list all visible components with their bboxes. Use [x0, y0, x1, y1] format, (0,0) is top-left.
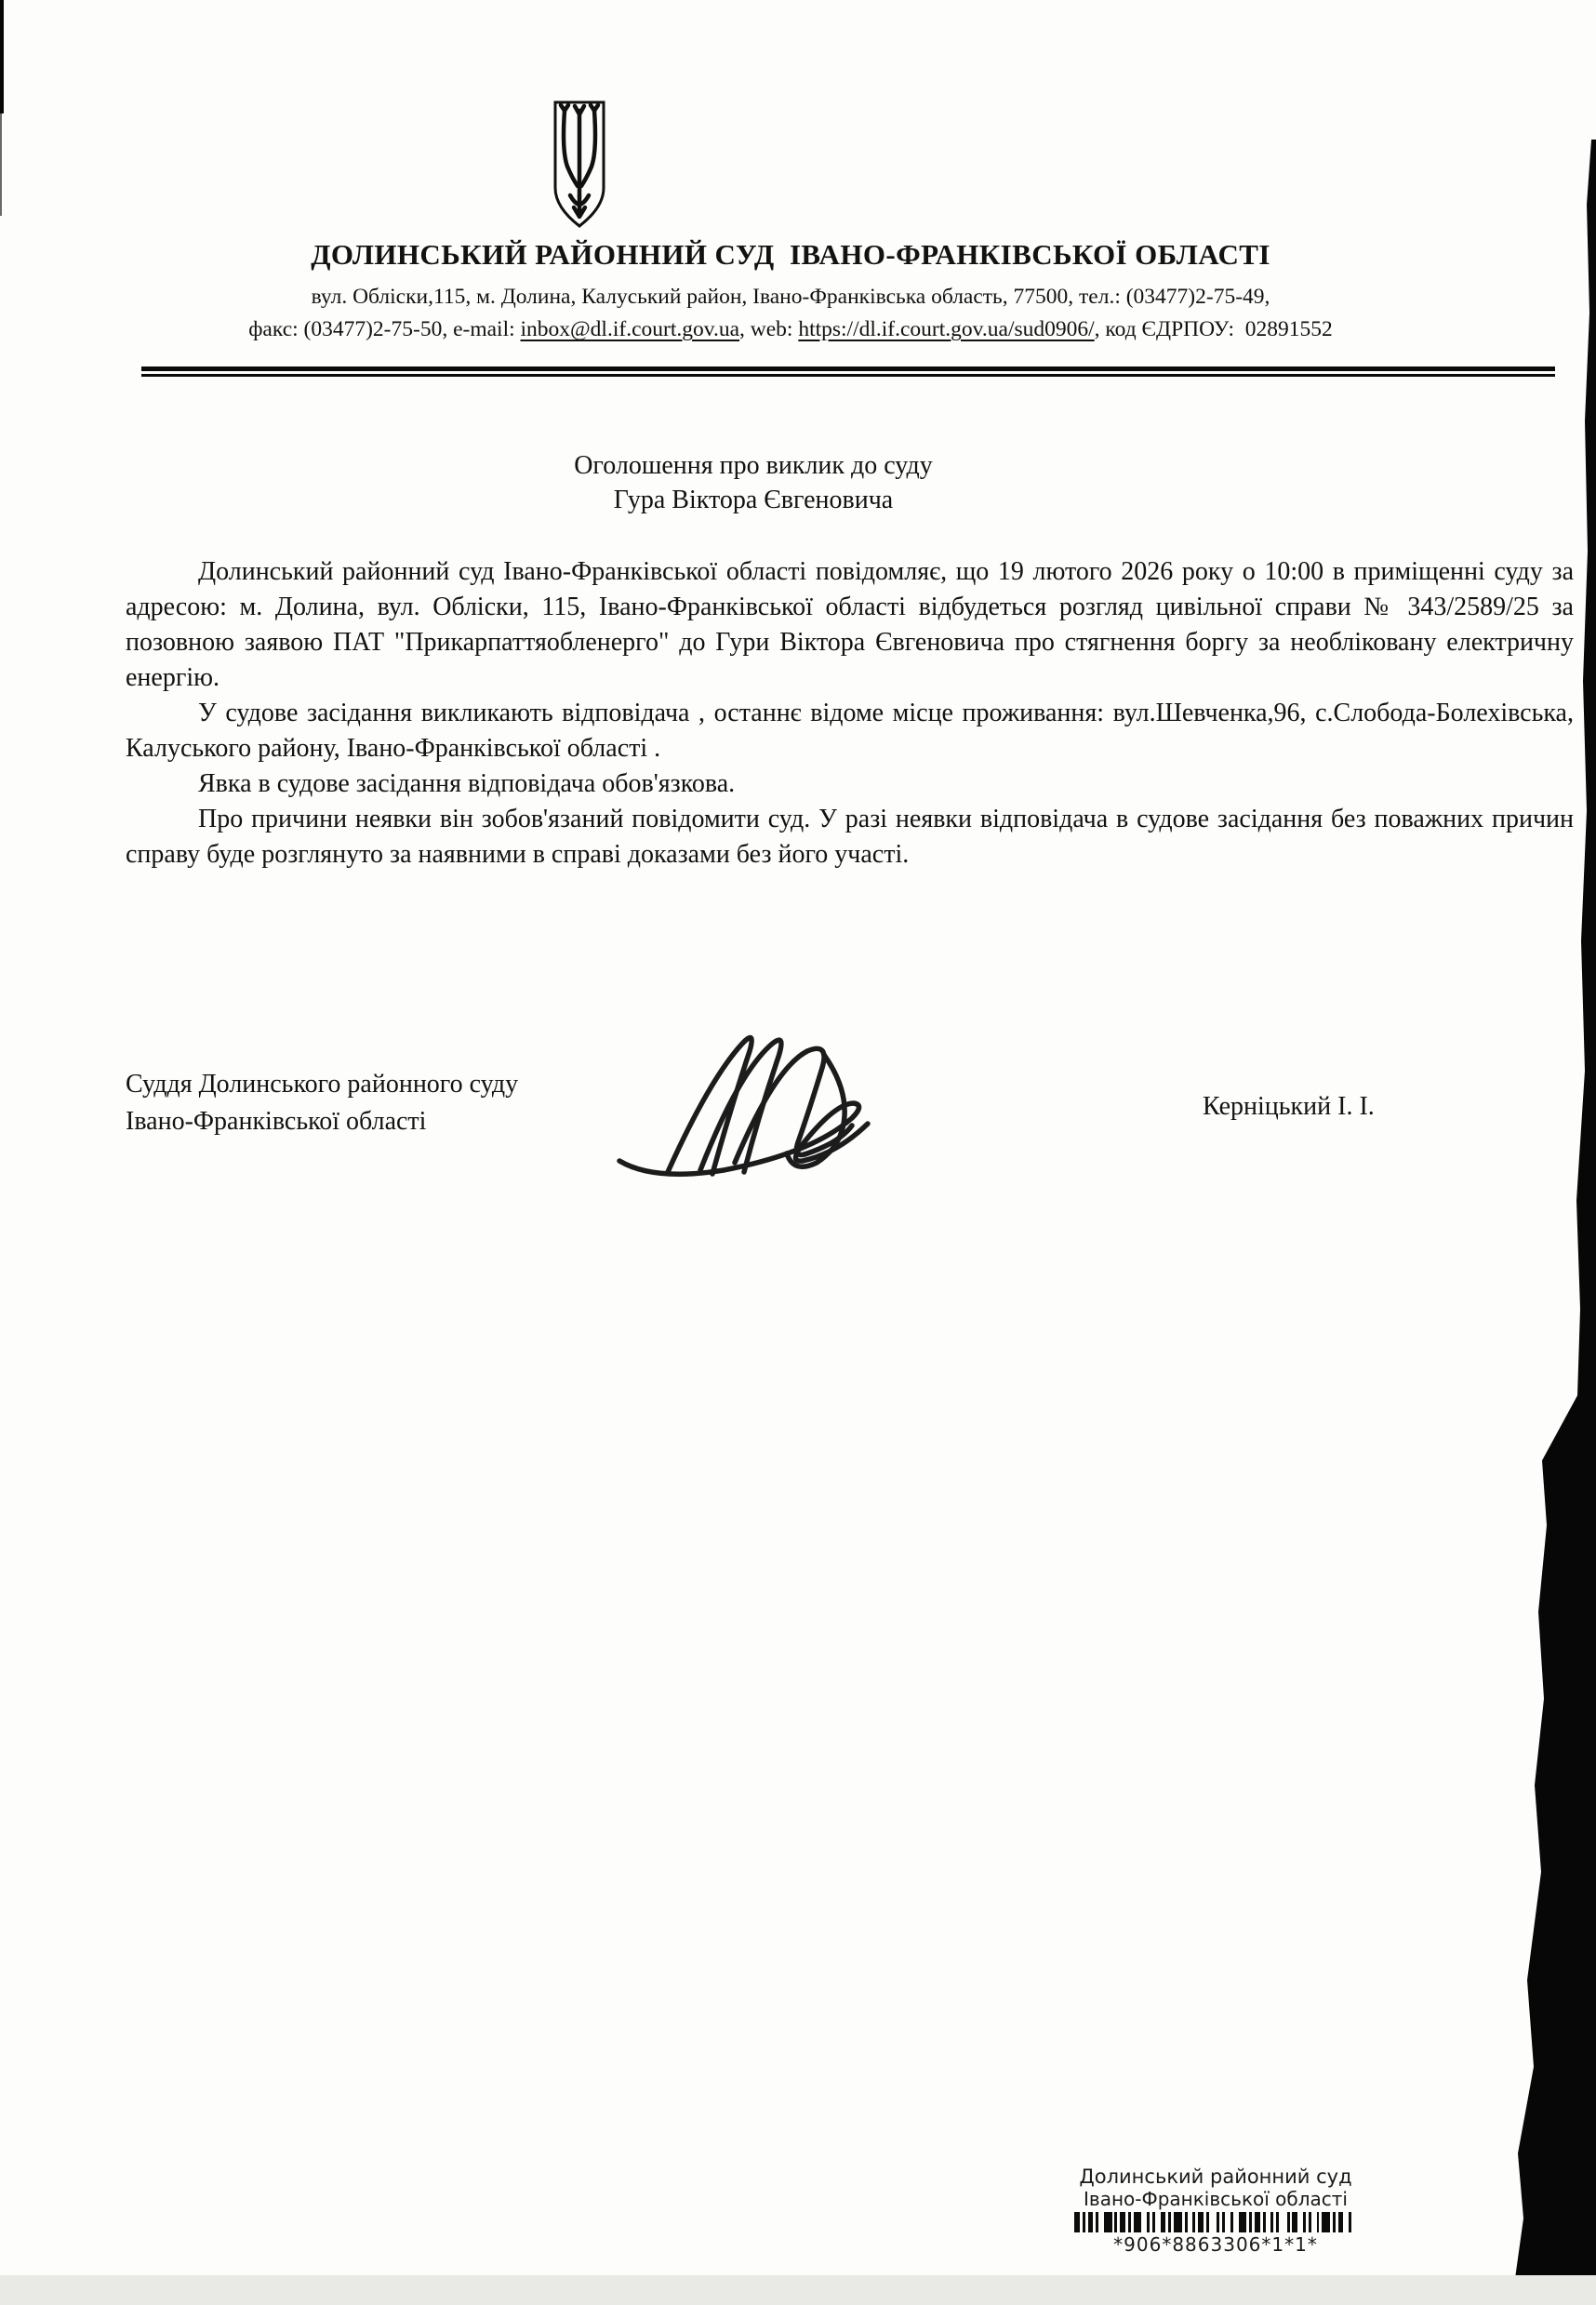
judge-title-line2: Івано-Франківської області: [126, 1103, 518, 1140]
header-divider-rule: [141, 366, 1555, 377]
judge-signature-scrawl-icon: [603, 1014, 910, 1205]
announcement-body: Долинський районний суд Івано-Франківськ…: [126, 554, 1574, 873]
address-line2-prefix: факс: (03477)2-75-50, e-mail:: [248, 317, 520, 341]
announcement-title-line2: Гура Віктора Євгеновича: [0, 483, 1551, 517]
body-paragraph: Про причини неявки він зобов'язаний пові…: [126, 802, 1574, 873]
court-name-heading: ДОЛИНСЬКИЙ РАЙОННИЙ СУД ІВАНО-ФРАНКІВСЬК…: [0, 238, 1581, 272]
footer-court-line2: Івано-Франківської області: [1017, 2189, 1415, 2210]
scan-bottom-shadow: [0, 2275, 1596, 2305]
judge-title-line1: Суддя Долинського районного суду: [126, 1066, 518, 1103]
address-line2-mid: , web:: [739, 317, 798, 341]
judge-title-block: Суддя Долинського районного суду Івано-Ф…: [126, 1066, 518, 1140]
footer-court-line1: Долинський районний суд: [1017, 2165, 1415, 2189]
announcement-title-line1: Оголошення про виклик до суду: [0, 448, 1551, 483]
body-paragraph: У судове засідання викликають відповідач…: [126, 696, 1574, 766]
ukraine-trident-icon: [550, 99, 609, 231]
barcode: [1017, 2212, 1415, 2232]
court-website-text: https://dl.if.court.gov.ua/sud0906/: [798, 317, 1094, 341]
court-email-text: inbox@dl.if.court.gov.ua: [521, 317, 740, 341]
body-paragraph: Явка в судове засідання відповідача обов…: [126, 766, 1574, 802]
scan-edge-left-artifact: [0, 0, 4, 113]
address-line2-suffix: , код ЄДРПОУ: 02891552: [1095, 317, 1333, 341]
court-address-line1: вул. Обліски,115, м. Долина, Калуський р…: [0, 285, 1581, 310]
scanned-court-document: ДОЛИНСЬКИЙ РАЙОННИЙ СУД ІВАНО-ФРАНКІВСЬК…: [0, 0, 1596, 2305]
court-address-line2: факс: (03477)2-75-50, e-mail: inbox@dl.i…: [0, 317, 1581, 342]
scan-edge-left-artifact-faint: [0, 113, 2, 216]
judge-name: Керніцький І. І.: [1203, 1092, 1375, 1122]
announcement-title: Оголошення про виклик до суду Гура Вікто…: [0, 448, 1551, 517]
footer-stamp-block: Долинський районний суд Івано-Франківськ…: [1017, 2165, 1415, 2256]
body-paragraph: Долинський районний суд Івано-Франківськ…: [126, 554, 1574, 696]
barcode-value: *906*8863306*1*1*: [1017, 2233, 1415, 2256]
